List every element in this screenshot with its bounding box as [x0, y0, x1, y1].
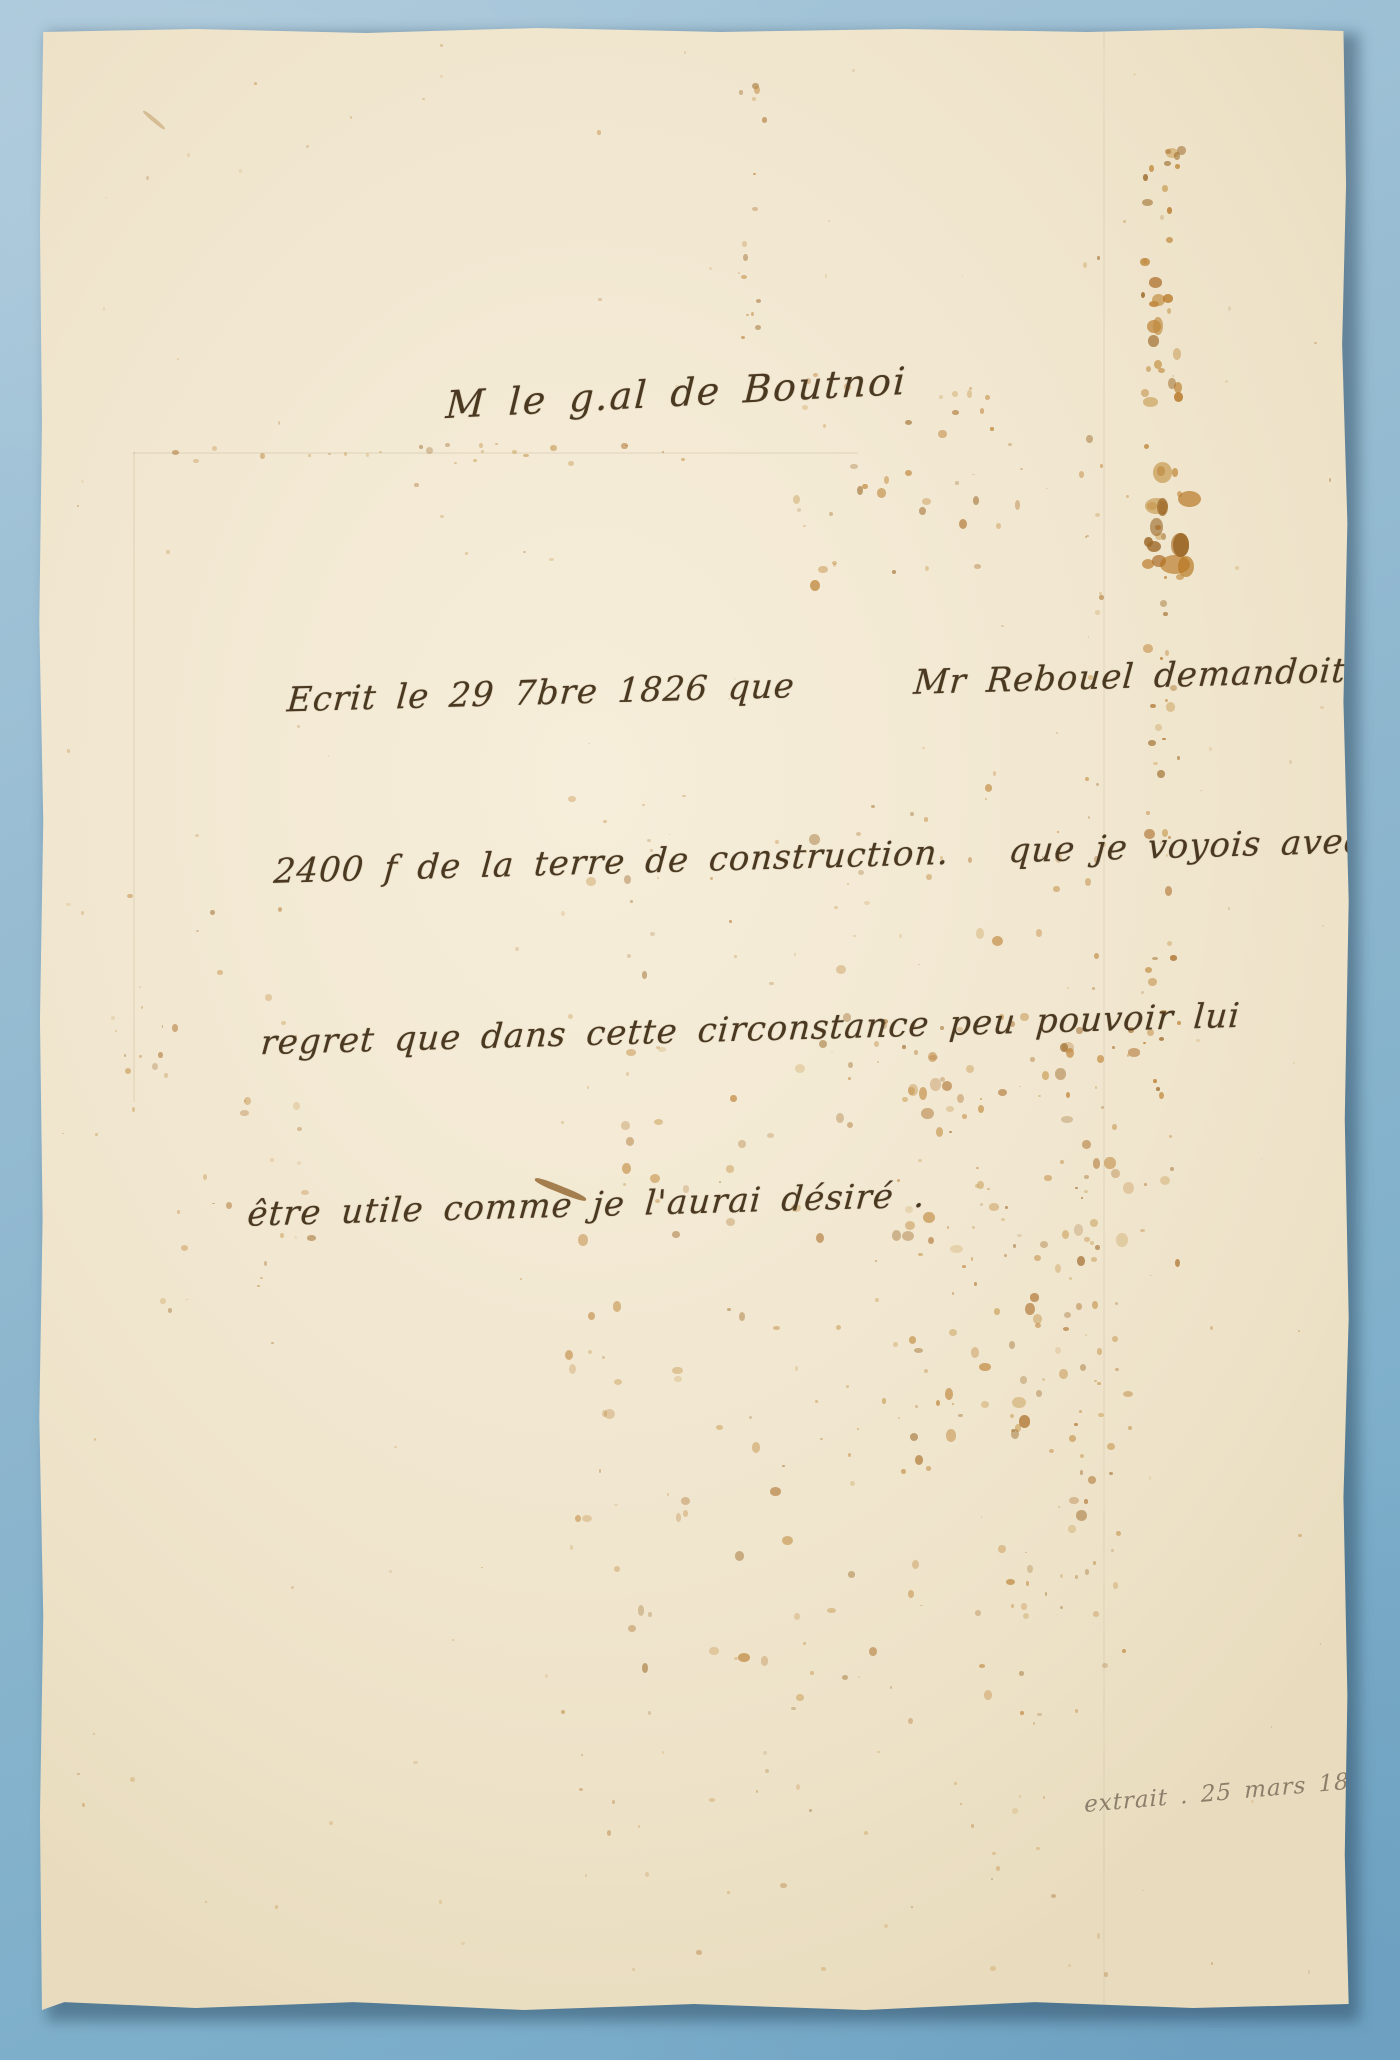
foxing-spot [599, 1469, 601, 1473]
foxing-spot [683, 1510, 689, 1517]
foxing-spot [945, 1388, 953, 1400]
foxing-spot [1023, 1613, 1029, 1619]
foxing-spot [1142, 199, 1153, 206]
foxing-spot [990, 427, 995, 431]
foxing-spot [1079, 1410, 1083, 1413]
foxing-spot [226, 1202, 232, 1209]
foxing-spot [877, 1751, 880, 1753]
foxing-spot [1043, 1796, 1045, 1799]
foxing-spot [1068, 1964, 1071, 1967]
foxing-spot [919, 507, 926, 515]
foxing-spot [954, 1782, 957, 1786]
foxing-spot [742, 241, 747, 246]
foxing-spot [911, 1906, 913, 1908]
foxing-spot [1075, 1709, 1078, 1713]
foxing-spot [1020, 1376, 1027, 1384]
foxing-spot [915, 1405, 918, 1408]
foxing-spot [570, 1545, 574, 1550]
foxing-spot [614, 1504, 618, 1507]
foxing-spot [920, 1605, 923, 1607]
foxing-spot [132, 1107, 135, 1112]
foxing-spot [1019, 1671, 1024, 1676]
foxing-spot [1178, 491, 1201, 507]
foxing-spot [614, 1379, 622, 1385]
foxing-spot [869, 1647, 877, 1656]
foxing-spot [914, 1348, 923, 1353]
foxing-spot [1142, 1890, 1144, 1891]
foxing-spot [1020, 1711, 1024, 1715]
foxing-spot [181, 1245, 188, 1251]
foxing-spot [709, 267, 712, 270]
ghost-impression-line-vertical [133, 452, 135, 1102]
foxing-spot [569, 1364, 577, 1375]
foxing-spot [1145, 498, 1168, 515]
foxing-spot [648, 1612, 651, 1617]
foxing-spot [796, 1694, 804, 1701]
foxing-spot [815, 1400, 818, 1403]
foxing-spot [1157, 498, 1168, 516]
foxing-spot [1060, 1606, 1063, 1609]
foxing-spot [172, 1024, 178, 1032]
foxing-spot [1049, 1449, 1054, 1453]
foxing-spot [645, 1872, 649, 1877]
foxing-spot [158, 1052, 163, 1059]
foxing-spot [1167, 207, 1173, 214]
foxing-spot [588, 1350, 592, 1354]
foxing-spot [739, 90, 744, 95]
foxing-spot [1172, 468, 1179, 477]
foxing-spot [579, 1788, 584, 1792]
foxing-spot [105, 197, 108, 199]
foxing-spot [389, 1570, 392, 1574]
foxing-spot [857, 486, 863, 495]
foxing-spot [803, 1642, 806, 1645]
foxing-spot [991, 1878, 993, 1881]
foxing-spot [996, 523, 1001, 529]
foxing-spot [910, 1433, 918, 1441]
foxing-spot [419, 445, 423, 449]
foxing-spot [796, 1784, 800, 1790]
foxing-spot [1177, 146, 1186, 156]
foxing-spot [602, 1410, 607, 1418]
foxing-spot [1225, 380, 1228, 383]
foxing-spot [862, 484, 867, 490]
foxing-spot [1320, 1643, 1321, 1645]
foxing-spot [990, 1966, 996, 1972]
foxing-spot [780, 1883, 787, 1887]
foxing-spot [81, 480, 84, 483]
foxing-spot [66, 903, 71, 906]
foxing-spot [1149, 1476, 1152, 1480]
manuscript-heading: M le g.al de Boutnoi [445, 359, 909, 427]
foxing-spot [1211, 1962, 1214, 1965]
foxing-spot [905, 470, 912, 476]
manuscript-line: être utile comme je l'aurai désiré . [245, 1156, 1339, 1244]
foxing-spot [979, 1363, 991, 1371]
foxing-spot [924, 1369, 928, 1373]
foxing-spot [882, 1398, 887, 1404]
foxing-spot [972, 474, 975, 476]
foxing-spot [141, 1006, 144, 1010]
foxing-spot [681, 458, 685, 461]
foxing-spot [962, 275, 964, 276]
foxing-spot [1026, 1581, 1029, 1586]
foxing-spot [1010, 1414, 1014, 1418]
foxing-spot [130, 1777, 135, 1782]
foxing-spot [734, 1657, 738, 1660]
foxing-spot [820, 1438, 823, 1440]
foxing-spot [244, 1100, 247, 1102]
manuscript-line: Ecrit le 29 7bre 1826 que Mr Rebouel dem… [285, 642, 1379, 730]
foxing-spot [952, 391, 958, 397]
foxing-spot [1143, 397, 1158, 407]
foxing-spot [762, 117, 767, 122]
foxing-spot [350, 116, 352, 119]
foxing-spot [751, 312, 755, 317]
foxing-spot [850, 1481, 855, 1487]
foxing-spot [1157, 466, 1166, 476]
foxing-spot [795, 1366, 799, 1371]
foxing-spot [1149, 277, 1162, 288]
foxing-spot [422, 98, 425, 101]
foxing-spot [1097, 256, 1100, 259]
foxing-spot [177, 1210, 180, 1214]
foxing-spot [212, 446, 217, 451]
foxing-spot [1088, 1476, 1096, 1484]
foxing-spot [1015, 1424, 1021, 1432]
foxing-spot [568, 461, 574, 466]
foxing-spot [1012, 1808, 1018, 1813]
foxing-spot [195, 834, 199, 837]
foxing-spot [604, 1409, 615, 1419]
foxing-spot [638, 1605, 645, 1616]
foxing-spot [676, 1513, 681, 1521]
foxing-spot [598, 298, 602, 301]
foxing-spot [939, 395, 943, 399]
foxing-spot [915, 1455, 923, 1465]
foxing-spot [857, 1428, 860, 1430]
foxing-spot [186, 1299, 188, 1301]
foxing-spot [791, 1707, 796, 1711]
foxing-spot [597, 130, 601, 134]
foxing-spot [621, 443, 627, 449]
foxing-spot [1153, 317, 1163, 334]
foxing-spot [1107, 1443, 1115, 1451]
manuscript-body: Ecrit le 29 7bre 1826 que Mr Rebouel dem… [236, 528, 1387, 1358]
foxing-spot [278, 421, 280, 425]
ghost-impression-line-horizontal [133, 452, 858, 454]
foxing-spot [1298, 1330, 1301, 1332]
foxing-spot [809, 1809, 813, 1812]
foxing-spot [1080, 1470, 1084, 1475]
foxing-spot [1149, 165, 1154, 173]
foxing-spot [755, 325, 761, 330]
foxing-spot [1167, 308, 1172, 315]
foxing-spot [1143, 174, 1148, 181]
foxing-spot [741, 336, 745, 339]
foxing-spot [414, 483, 419, 488]
foxing-spot [752, 1442, 761, 1453]
foxing-spot [936, 1400, 940, 1406]
foxing-spot [782, 1536, 793, 1545]
foxing-spot [565, 1350, 573, 1360]
foxing-spot [738, 1653, 751, 1662]
foxing-spot [1086, 435, 1093, 444]
foxing-spot [93, 1733, 95, 1735]
foxing-spot [958, 1414, 963, 1417]
foxing-spot [828, 220, 830, 222]
foxing-spot [1055, 1347, 1061, 1354]
foxing-spot [67, 749, 71, 753]
foxing-spot [810, 1671, 814, 1675]
foxing-spot [1177, 491, 1182, 497]
foxing-spot [217, 970, 223, 975]
foxing-spot [139, 1055, 142, 1058]
foxing-spot [1011, 1429, 1015, 1432]
foxing-spot [1153, 462, 1172, 483]
foxing-spot [905, 420, 912, 425]
foxing-spot [1109, 1472, 1113, 1476]
foxing-spot [761, 1656, 769, 1665]
foxing-spot [743, 254, 747, 261]
foxing-spot [975, 1610, 981, 1617]
foxing-spot [1097, 1933, 1101, 1939]
foxing-spot [1113, 1582, 1119, 1589]
foxing-spot [1020, 468, 1023, 471]
foxing-spot [1011, 1429, 1019, 1439]
foxing-spot [756, 299, 762, 303]
foxing-spot [667, 1493, 669, 1496]
foxing-spot [439, 1900, 442, 1905]
foxing-spot [94, 1438, 96, 1441]
foxing-spot [1122, 1649, 1127, 1653]
foxing-spot [984, 1690, 993, 1701]
foxing-spot [1027, 1565, 1033, 1573]
foxing-spot [1025, 1552, 1027, 1554]
foxing-spot [1115, 1368, 1119, 1372]
foxing-spot [981, 1401, 989, 1408]
foxing-spot [985, 395, 990, 400]
foxing-spot [967, 390, 973, 399]
foxing-spot [1079, 471, 1085, 478]
foxing-spot [607, 1830, 611, 1836]
foxing-spot [193, 459, 199, 463]
foxing-spot [829, 512, 834, 516]
foxing-spot [1155, 525, 1161, 530]
foxing-spot [979, 1664, 985, 1668]
foxing-spot [782, 1465, 785, 1467]
foxing-spot [1019, 1415, 1030, 1427]
foxing-spot [884, 476, 889, 484]
manuscript-page: M le g.al de Boutnoi Ecrit le 29 7bre 18… [38, 26, 1350, 2014]
foxing-spot [1123, 220, 1126, 223]
foxing-spot [1228, 306, 1231, 311]
foxing-spot [727, 1891, 730, 1894]
foxing-spot [969, 387, 972, 390]
foxing-spot [1154, 360, 1162, 369]
foxing-spot [1085, 1569, 1090, 1574]
foxing-spot [139, 986, 141, 988]
foxing-spot [952, 1403, 954, 1405]
foxing-spot [908, 1718, 913, 1725]
foxing-spot [1165, 149, 1171, 155]
foxing-spot [1148, 335, 1159, 347]
foxing-spot [244, 1097, 251, 1105]
foxing-spot [1223, 1959, 1225, 1962]
foxing-spot [756, 1790, 758, 1793]
foxing-spot [794, 1613, 801, 1620]
foxing-spot [561, 1710, 565, 1714]
foxing-spot [1075, 1575, 1078, 1579]
foxing-spot [1128, 1426, 1132, 1430]
foxing-spot [461, 1942, 465, 1945]
foxing-spot [1051, 1894, 1056, 1898]
foxing-spot [858, 1676, 860, 1678]
foxing-spot [716, 1425, 723, 1430]
manuscript-line: 2400 f de la terre de construction. que … [272, 813, 1366, 901]
foxing-spot [632, 1968, 635, 1971]
foxing-spot [959, 519, 967, 529]
foxing-spot [440, 75, 443, 79]
foxing-spot [479, 443, 483, 448]
foxing-spot [625, 445, 628, 447]
foxing-spot [1080, 1454, 1084, 1458]
foxing-spot [848, 1453, 852, 1457]
foxing-spot [1045, 1592, 1047, 1596]
foxing-spot [523, 454, 529, 458]
foxing-spot [240, 1110, 248, 1116]
foxing-spot [1097, 1348, 1102, 1354]
foxing-spot [1111, 1549, 1114, 1552]
foxing-spot [1112, 1336, 1118, 1342]
foxing-spot [753, 173, 755, 175]
foxing-spot [1271, 1726, 1273, 1728]
foxing-spot [575, 1515, 581, 1522]
foxing-spot [1166, 237, 1173, 243]
foxing-spot [852, 69, 856, 72]
foxing-spot [445, 443, 450, 447]
foxing-spot [177, 358, 179, 360]
foxing-spot [1168, 378, 1176, 390]
foxing-spot [960, 1803, 963, 1806]
foxing-spot [908, 1590, 914, 1598]
foxing-spot [329, 1821, 333, 1825]
foxing-spot [681, 1497, 691, 1505]
foxing-spot [581, 1754, 583, 1756]
foxing-spot [545, 1674, 548, 1677]
manuscript-line: regret que dans cette circonstance peu p… [258, 985, 1352, 1073]
foxing-spot [1006, 1579, 1015, 1586]
foxing-spot [684, 51, 686, 54]
foxing-spot [1175, 164, 1180, 169]
foxing-spot [612, 1800, 615, 1804]
foxing-spot [1172, 375, 1174, 377]
foxing-spot [738, 272, 741, 275]
foxing-spot [752, 83, 759, 90]
foxing-spot [850, 464, 858, 469]
foxing-spot [749, 1416, 752, 1419]
foxing-spot [275, 1905, 278, 1909]
foxing-spot [1042, 1378, 1045, 1381]
foxing-spot [765, 1769, 770, 1773]
foxing-spot [1116, 1531, 1121, 1536]
foxing-spot [1298, 1534, 1302, 1538]
foxing-spot [1308, 1970, 1310, 1974]
foxing-spot [1166, 148, 1178, 157]
foxing-spot [1093, 1611, 1099, 1617]
foxing-spot [1163, 294, 1174, 303]
foxing-spot [495, 443, 498, 445]
foxing-spot [1174, 152, 1181, 160]
foxing-spot [103, 307, 106, 311]
foxing-spot [77, 1773, 80, 1776]
foxing-spot [1144, 444, 1149, 449]
foxing-spot [1149, 301, 1159, 307]
foxing-spot [1015, 500, 1020, 510]
foxing-spot [95, 1133, 98, 1136]
foxing-spot [1057, 1614, 1059, 1616]
foxing-spot [481, 1567, 482, 1568]
foxing-spot [901, 1469, 905, 1474]
foxing-spot [1012, 1397, 1026, 1408]
foxing-spot [210, 910, 215, 915]
foxing-spot [803, 525, 806, 527]
foxing-spot [614, 1566, 620, 1572]
foxing-spot [1019, 1795, 1021, 1797]
foxing-spot [971, 1824, 974, 1828]
foxing-spot [1069, 1497, 1079, 1504]
foxing-spot [709, 1647, 719, 1656]
foxing-spot [1036, 1390, 1042, 1397]
foxing-spot [992, 1852, 996, 1856]
foxing-spot [955, 481, 959, 485]
foxing-spot [152, 1063, 158, 1071]
foxing-spot [205, 1901, 206, 1903]
foxing-spot [890, 1686, 893, 1689]
foxing-spot [62, 1133, 64, 1134]
foxing-spot [938, 430, 946, 438]
foxing-spot [160, 1298, 167, 1304]
foxing-spot [1141, 389, 1149, 397]
foxing-spot [642, 1663, 648, 1673]
foxing-spot [1159, 507, 1165, 515]
foxing-spot [898, 1417, 901, 1419]
foxing-spot [1059, 1369, 1068, 1380]
foxing-spot [440, 44, 443, 47]
foxing-spot [1095, 513, 1100, 517]
foxing-spot [1036, 1847, 1040, 1850]
foxing-spot [454, 462, 457, 465]
foxing-spot [1058, 1506, 1060, 1508]
foxing-spot [166, 550, 170, 554]
foxing-spot [735, 1551, 745, 1561]
foxing-spot [77, 505, 79, 507]
foxing-spot [1160, 215, 1164, 220]
pencil-date-annotation: extrait . 25 mars 1863 [1084, 1766, 1381, 1818]
foxing-spot [741, 275, 748, 280]
foxing-spot [672, 1367, 683, 1375]
foxing-spot [1147, 320, 1161, 333]
foxing-spot [793, 495, 800, 504]
foxing-spot [946, 1429, 957, 1441]
foxing-spot [1085, 1334, 1087, 1336]
foxing-spot [638, 1825, 640, 1828]
foxing-spot [1140, 258, 1150, 266]
foxing-spot [825, 274, 828, 278]
foxing-spot [187, 153, 190, 156]
foxing-spot [1159, 501, 1167, 514]
foxing-spot [746, 314, 749, 316]
